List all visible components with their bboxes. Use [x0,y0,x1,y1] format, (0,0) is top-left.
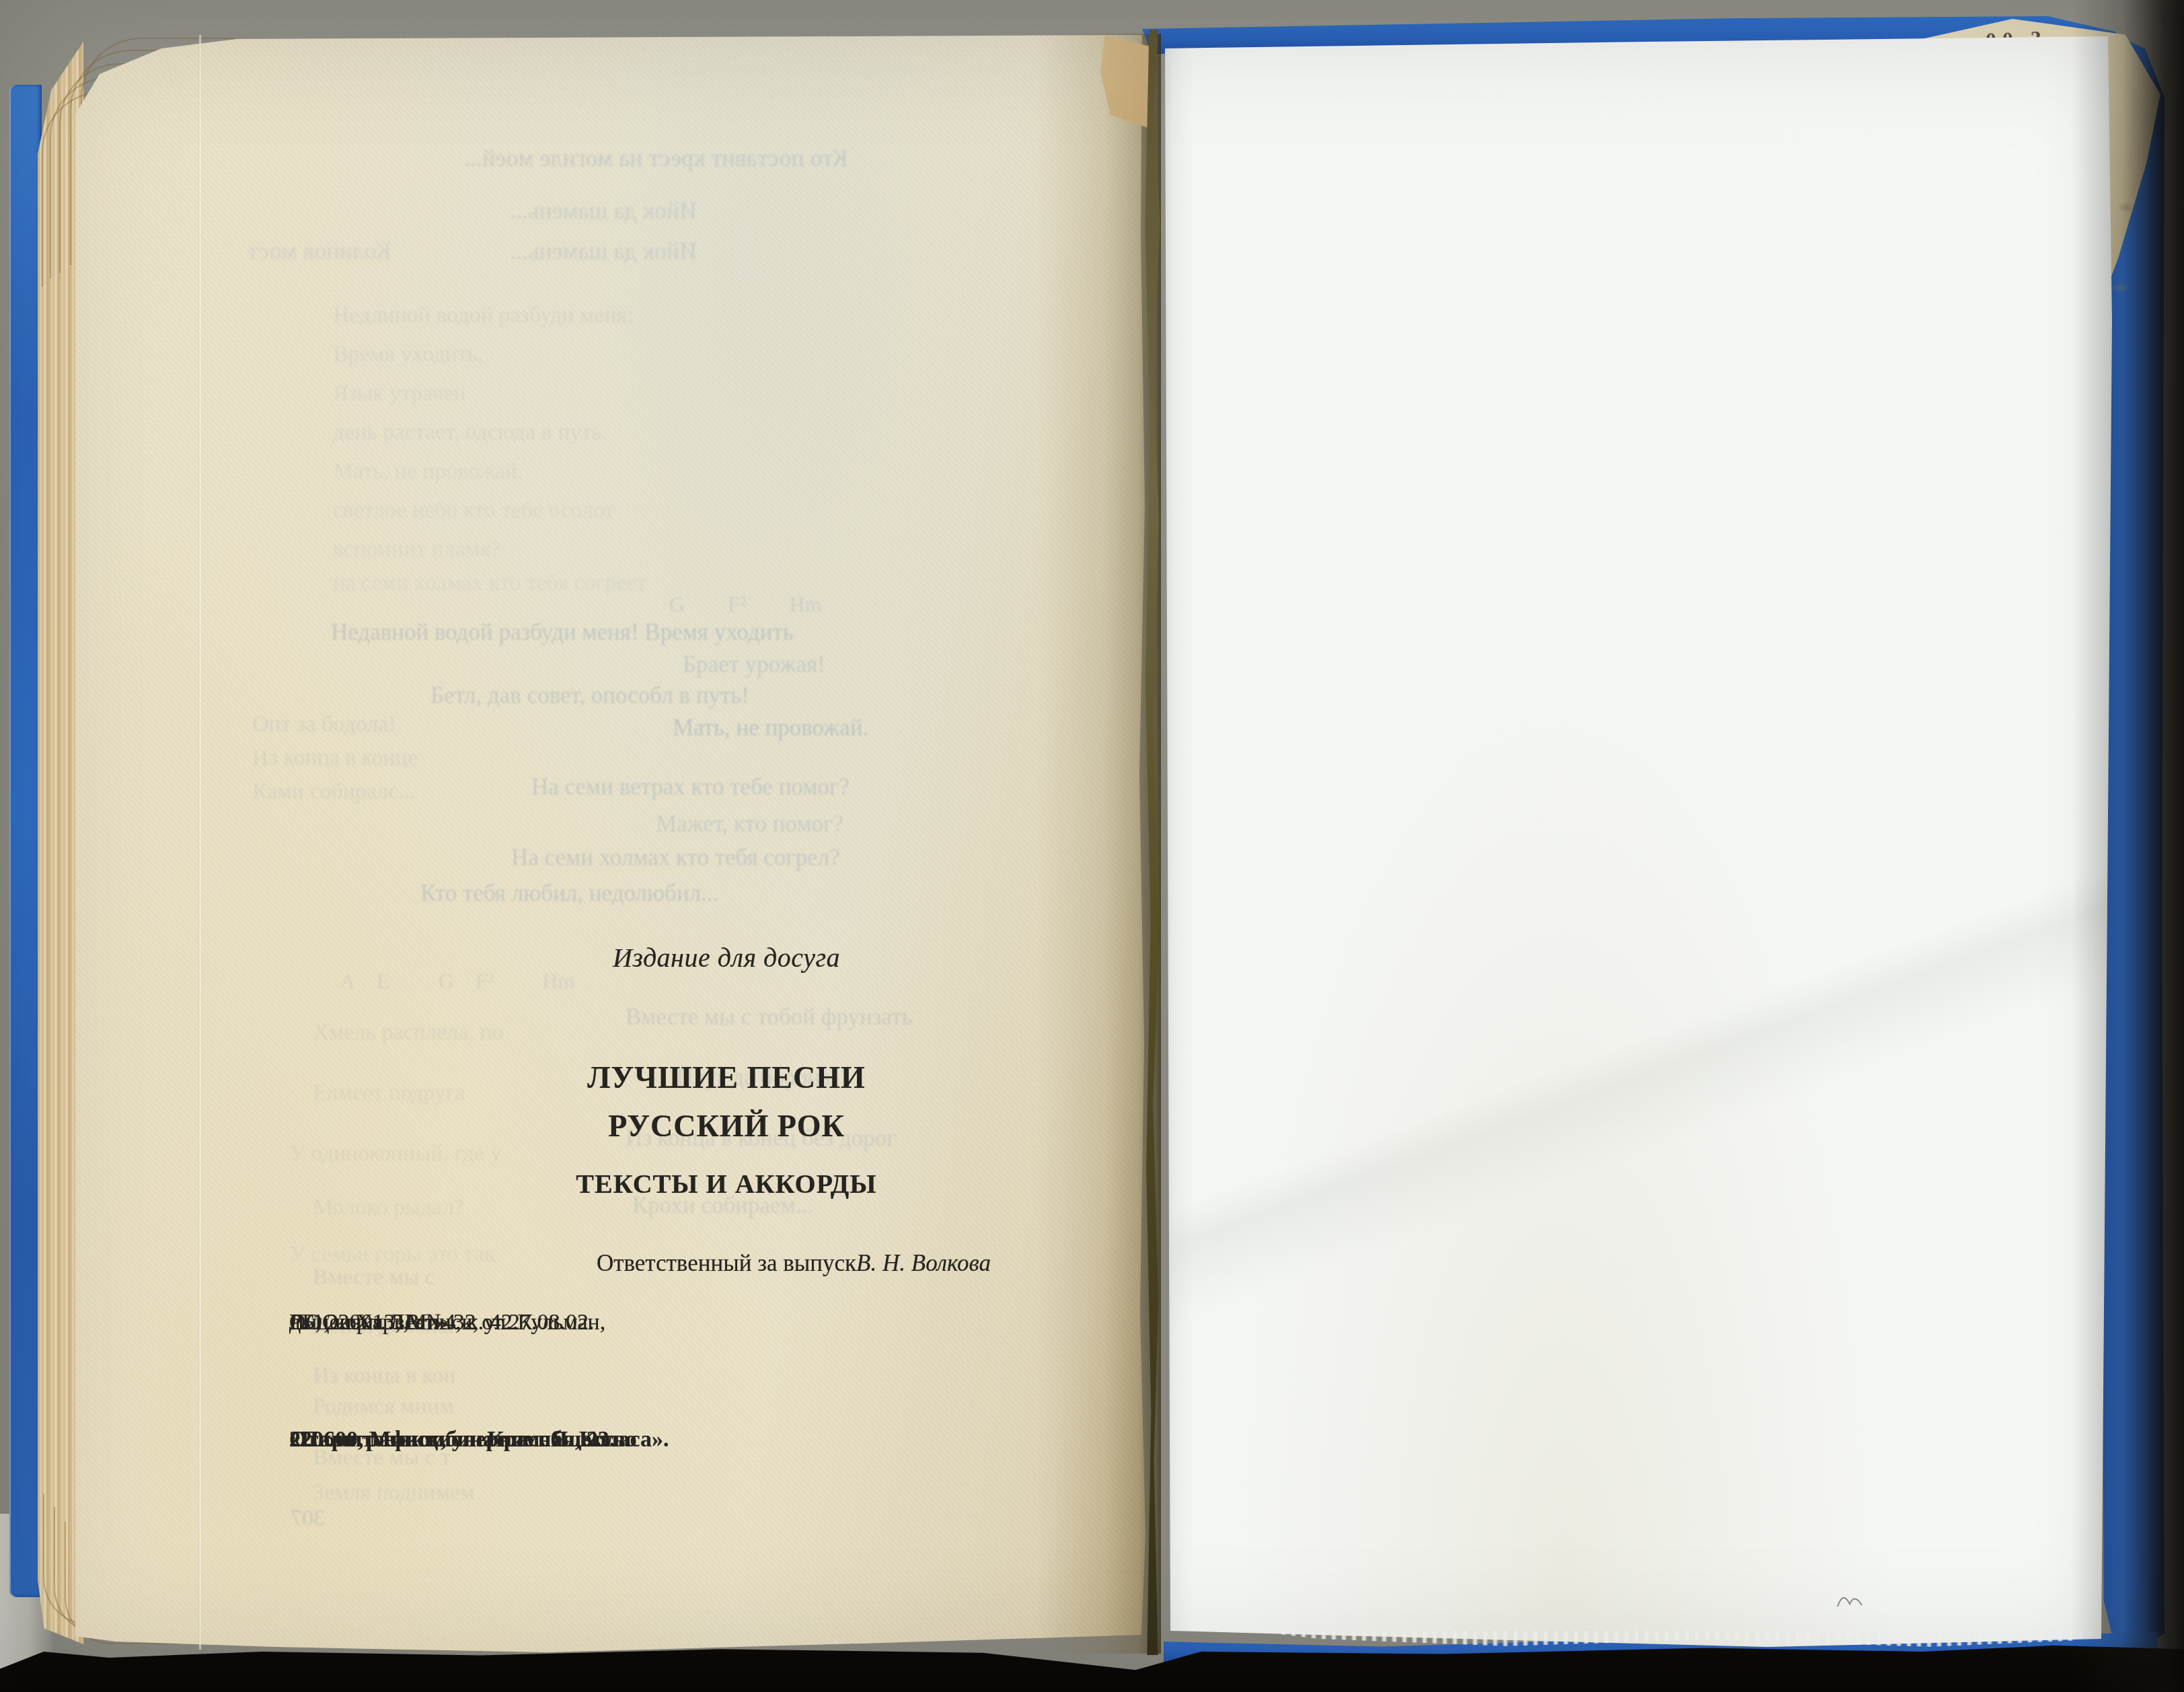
book-cover-left-edge [9,85,42,1597]
flyleaf-smudge [2117,202,2135,213]
hair-mark [1836,1589,1867,1609]
flyleaf-smudge [2112,283,2130,293]
right-page-blank [1162,32,2120,1650]
left-page [75,34,1161,1656]
gutter-shadow [1036,34,1161,1654]
book-scan-scene: 00 3 Кто поставит крест на могиле моей..… [0,0,2184,1692]
page-crease [198,35,202,1650]
